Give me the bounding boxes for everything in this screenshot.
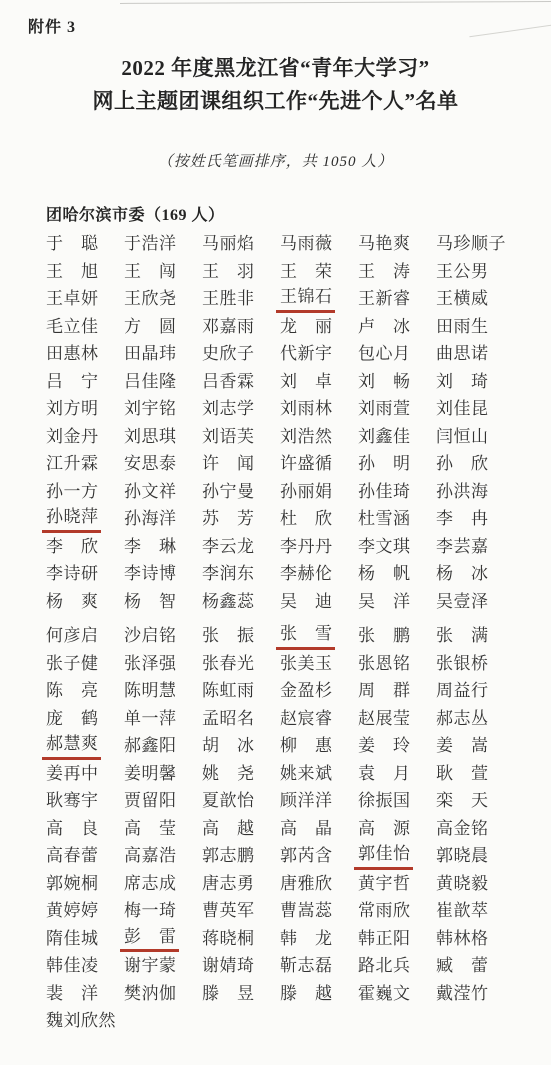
person-name: 王 羽 [202, 258, 253, 286]
person-name: 路北兵 [358, 952, 409, 980]
person-name: 张 振 [202, 622, 253, 650]
person-name: 刘思琪 [124, 423, 175, 451]
scan-artifact-line [120, 1, 551, 4]
person-name: 高嘉浩 [124, 842, 175, 870]
person-name: 臧 蕾 [436, 952, 487, 980]
person-name: 徐振国 [358, 787, 409, 815]
person-name: 史欣子 [202, 340, 253, 368]
person-name: 滕 昱 [202, 980, 253, 1008]
person-name: 王 闯 [124, 258, 175, 286]
roster-row: 于 聪于浩洋马丽焰马雨薇马艳爽马珍顺子 [46, 230, 514, 258]
person-name: 戴滢竹 [436, 980, 487, 1008]
person-name: 杨 冰 [436, 560, 487, 588]
person-name: 夏歆怡 [202, 787, 253, 815]
person-name: 刘雨萱 [358, 395, 409, 423]
person-name: 陈明慧 [124, 677, 175, 705]
person-name: 李丹丹 [280, 533, 331, 561]
person-name: 杨 智 [124, 588, 175, 616]
person-name: 马艳爽 [358, 230, 409, 258]
person-name: 于 聪 [46, 230, 97, 258]
roster-row: 毛立佳方 圆邓嘉雨龙 丽卢 冰田雨生 [46, 313, 514, 341]
person-name: 常雨欣 [358, 897, 409, 925]
person-name: 张 满 [436, 622, 487, 650]
person-name: 李 欣 [46, 533, 97, 561]
roster-row: 田惠林田晶玮史欣子代新宇包心月曲思诺 [46, 340, 514, 368]
person-name: 张恩铭 [358, 650, 409, 678]
person-name: 李云龙 [202, 533, 253, 561]
person-name: 马珍顺子 [436, 230, 514, 258]
roster-row: 吕 宁吕佳隆吕香霖刘 卓刘 畅刘 琦 [46, 368, 514, 396]
person-name: 金盈杉 [280, 677, 331, 705]
person-name: 高 源 [358, 815, 409, 843]
person-name: 郭佳怡 [354, 842, 413, 870]
person-name: 王卓妍 [46, 285, 97, 313]
person-name: 包心月 [358, 340, 409, 368]
scan-artifact-diagonal [469, 24, 551, 38]
person-name: 高春蕾 [46, 842, 97, 870]
person-name: 黄宇哲 [358, 870, 409, 898]
person-name: 庞 鹤 [46, 705, 97, 733]
person-name: 孙一方 [46, 478, 97, 506]
person-name: 张 雪 [276, 622, 335, 650]
person-name: 李诗博 [124, 560, 175, 588]
person-name: 陈 亮 [46, 677, 97, 705]
person-name: 耿骞宇 [46, 787, 97, 815]
person-name: 姜 玲 [358, 732, 409, 760]
person-name: 方 圆 [124, 313, 175, 341]
roster-row: 郭婉桐席志成唐志勇唐雅欣黄宇哲黄晓毅 [46, 870, 514, 898]
person-name: 杨鑫蕊 [202, 588, 253, 616]
person-name: 刘 琦 [436, 368, 487, 396]
person-name: 王胜非 [202, 285, 253, 313]
document-title: 2022 年度黑龙江省“青年大学习” 网上主题团课组织工作“先进个人”名单 [0, 52, 551, 118]
person-name: 郭志鹏 [202, 842, 253, 870]
person-name: 江升霖 [46, 450, 97, 478]
person-name: 高 良 [46, 815, 97, 843]
person-name: 代新宇 [280, 340, 331, 368]
person-name: 陈虹雨 [202, 677, 253, 705]
person-name: 唐志勇 [202, 870, 253, 898]
person-name: 吕佳隆 [124, 368, 175, 396]
roster-row: 裴 洋樊汭伽滕 昱滕 越霍巍文戴滢竹 [46, 980, 514, 1008]
roster-row: 黄婷婷梅一琦曹英军曹嵩蕊常雨欣崔歆萃 [46, 897, 514, 925]
person-name: 梅一琦 [124, 897, 175, 925]
person-name: 刘鑫佳 [358, 423, 409, 451]
person-name: 姜 嵩 [436, 732, 487, 760]
person-name: 邓嘉雨 [202, 313, 253, 341]
person-name: 刘金丹 [46, 423, 97, 451]
person-name: 刘佳昆 [436, 395, 487, 423]
person-name: 贾留阳 [124, 787, 175, 815]
person-name: 何彦启 [46, 622, 97, 650]
person-name: 胡 冰 [202, 732, 253, 760]
person-name: 杜雪涵 [358, 505, 409, 533]
person-name: 高金铭 [436, 815, 487, 843]
roster-row: 王 旭王 闯王 羽王 荣王 涛王公男 [46, 258, 514, 286]
person-name: 滕 越 [280, 980, 331, 1008]
document-page: 附件 3 2022 年度黑龙江省“青年大学习” 网上主题团课组织工作“先进个人”… [0, 0, 551, 1065]
person-name: 高 晶 [280, 815, 331, 843]
person-name: 赵宸睿 [280, 705, 331, 733]
name-roster: 于 聪于浩洋马丽焰马雨薇马艳爽马珍顺子王 旭王 闯王 羽王 荣王 涛王公男王卓妍… [46, 230, 514, 1035]
person-name: 李诗研 [46, 560, 97, 588]
person-name: 闫恒山 [436, 423, 487, 451]
person-name: 李 冉 [436, 505, 487, 533]
person-name: 王 涛 [358, 258, 409, 286]
person-name: 彭 雷 [120, 925, 179, 953]
person-name: 姜明馨 [124, 760, 175, 788]
roster-row: 张子健张泽强张春光张美玉张恩铭张银桥 [46, 650, 514, 678]
person-name: 龙 丽 [280, 313, 331, 341]
person-name: 谢宇蒙 [124, 952, 175, 980]
person-name: 李润东 [202, 560, 253, 588]
roster-row: 庞 鹤单一萍孟昭名赵宸睿赵展莹郝志丛 [46, 705, 514, 733]
person-name: 张春光 [202, 650, 253, 678]
person-name: 曹英军 [202, 897, 253, 925]
person-name: 吕香霖 [202, 368, 253, 396]
person-name: 王新睿 [358, 285, 409, 313]
person-name: 崔歆萃 [436, 897, 487, 925]
roster-row: 刘金丹刘思琪刘语芙刘浩然刘鑫佳闫恒山 [46, 423, 514, 451]
document-title-line2: 网上主题团课组织工作“先进个人”名单 [93, 89, 459, 113]
attachment-label: 附件 3 [28, 14, 76, 37]
person-name: 王锦石 [276, 285, 335, 313]
person-name: 谢婧琦 [202, 952, 253, 980]
person-name: 田惠林 [46, 340, 97, 368]
person-name: 姚来斌 [280, 760, 331, 788]
person-name: 隋佳城 [46, 925, 97, 953]
person-name: 孙 明 [358, 450, 409, 478]
person-name: 刘浩然 [280, 423, 331, 451]
person-name: 许盛循 [280, 450, 331, 478]
person-name: 李 琳 [124, 533, 175, 561]
person-name: 张 鹏 [358, 622, 409, 650]
person-name: 单一萍 [124, 705, 175, 733]
person-name: 孙文祥 [124, 478, 175, 506]
person-name: 李赫伦 [280, 560, 331, 588]
person-name: 黄婷婷 [46, 897, 97, 925]
roster-row: 陈 亮陈明慧陈虹雨金盈杉周 群周益行 [46, 677, 514, 705]
person-name: 王横威 [436, 285, 487, 313]
document-title-line1: 2022 年度黑龙江省“青年大学习” [121, 56, 429, 80]
section-heading-harbin-committee: 团哈尔滨市委（169 人） [46, 202, 225, 225]
person-name: 郝鑫阳 [124, 732, 175, 760]
person-name: 刘志学 [202, 395, 253, 423]
roster-row: 孙晓萍孙海洋苏 芳杜 欣杜雪涵李 冉 [46, 505, 514, 533]
person-name: 孙洪海 [436, 478, 487, 506]
person-name: 卢 冰 [358, 313, 409, 341]
person-name: 田雨生 [436, 313, 487, 341]
person-name: 裴 洋 [46, 980, 97, 1008]
roster-row: 杨 爽杨 智杨鑫蕊吴 迪吴 洋吴壹泽 [46, 588, 514, 616]
person-name: 靳志磊 [280, 952, 331, 980]
person-name: 韩 龙 [280, 925, 331, 953]
roster-row: 隋佳城彭 雷蒋晓桐韩 龙韩正阳韩林格 [46, 925, 514, 953]
person-name: 孙佳琦 [358, 478, 409, 506]
person-name: 刘 卓 [280, 368, 331, 396]
person-name: 栾 天 [436, 787, 487, 815]
person-name: 周益行 [436, 677, 487, 705]
roster-row: 李 欣李 琳李云龙李丹丹李文琪李芸嘉 [46, 533, 514, 561]
person-name: 李芸嘉 [436, 533, 487, 561]
person-name: 吴 洋 [358, 588, 409, 616]
person-name: 刘雨林 [280, 395, 331, 423]
person-name: 赵展莹 [358, 705, 409, 733]
person-name: 刘方明 [46, 395, 97, 423]
person-name: 孙海洋 [124, 505, 175, 533]
person-name: 樊汭伽 [124, 980, 175, 1008]
person-name: 吴 迪 [280, 588, 331, 616]
person-name: 杨 爽 [46, 588, 97, 616]
person-name: 吴壹泽 [436, 588, 487, 616]
roster-row: 何彦启沙启铭张 振张 雪张 鹏张 满 [46, 622, 514, 650]
person-name: 刘语芙 [202, 423, 253, 451]
person-name: 苏 芳 [202, 505, 253, 533]
roster-row: 王卓妍王欣尧王胜非王锦石王新睿王横威 [46, 285, 514, 313]
person-name: 席志成 [124, 870, 175, 898]
person-name: 周 群 [358, 677, 409, 705]
person-name: 郝志丛 [436, 705, 487, 733]
person-name: 韩正阳 [358, 925, 409, 953]
person-name: 刘宇铭 [124, 395, 175, 423]
person-name: 马丽焰 [202, 230, 253, 258]
person-name: 孙晓萍 [42, 505, 101, 533]
sort-note-subtitle: （按姓氏笔画排序，共 1050 人） [0, 150, 551, 171]
person-name: 韩林格 [436, 925, 487, 953]
person-name: 杜 欣 [280, 505, 331, 533]
person-name: 张泽强 [124, 650, 175, 678]
person-name: 顾洋洋 [280, 787, 331, 815]
person-name: 郭芮含 [280, 842, 331, 870]
person-name: 唐雅欣 [280, 870, 331, 898]
person-name: 耿 萱 [436, 760, 487, 788]
person-name: 李文琪 [358, 533, 409, 561]
person-name: 高 莹 [124, 815, 175, 843]
person-name: 王欣尧 [124, 285, 175, 313]
roster-row: 魏刘欣然 [46, 1007, 514, 1035]
person-name: 刘 畅 [358, 368, 409, 396]
person-name: 王 旭 [46, 258, 97, 286]
person-name: 霍巍文 [358, 980, 409, 1008]
roster-row: 姜再中姜明馨姚 尧姚来斌袁 月耿 萱 [46, 760, 514, 788]
person-name: 蒋晓桐 [202, 925, 253, 953]
person-name: 杨 帆 [358, 560, 409, 588]
roster-row: 耿骞宇贾留阳夏歆怡顾洋洋徐振国栾 天 [46, 787, 514, 815]
person-name: 曹嵩蕊 [280, 897, 331, 925]
person-name: 王公男 [436, 258, 487, 286]
person-name: 郝慧爽 [42, 732, 101, 760]
roster-row: 韩佳凌谢宇蒙谢婧琦靳志磊路北兵臧 蕾 [46, 952, 514, 980]
person-name: 毛立佳 [46, 313, 97, 341]
person-name: 安思泰 [124, 450, 175, 478]
person-name: 吕 宁 [46, 368, 97, 396]
person-name: 张美玉 [280, 650, 331, 678]
person-name: 孟昭名 [202, 705, 253, 733]
person-name: 王 荣 [280, 258, 331, 286]
roster-row: 刘方明刘宇铭刘志学刘雨林刘雨萱刘佳昆 [46, 395, 514, 423]
roster-row: 江升霖安思泰许 闻许盛循孙 明孙 欣 [46, 450, 514, 478]
person-name: 韩佳凌 [46, 952, 97, 980]
person-name: 于浩洋 [124, 230, 175, 258]
person-name: 马雨薇 [280, 230, 331, 258]
person-name: 姜再中 [46, 760, 97, 788]
roster-row: 孙一方孙文祥孙宁曼孙丽娟孙佳琦孙洪海 [46, 478, 514, 506]
person-name: 孙丽娟 [280, 478, 331, 506]
person-name: 黄晓毅 [436, 870, 487, 898]
person-name: 张银桥 [436, 650, 487, 678]
person-name: 孙宁曼 [202, 478, 253, 506]
person-name: 郭婉桐 [46, 870, 97, 898]
person-name: 沙启铭 [124, 622, 175, 650]
person-name: 曲思诺 [436, 340, 487, 368]
roster-row: 李诗研李诗博李润东李赫伦杨 帆杨 冰 [46, 560, 514, 588]
person-name: 田晶玮 [124, 340, 175, 368]
roster-row: 郝慧爽郝鑫阳胡 冰柳 惠姜 玲姜 嵩 [46, 732, 514, 760]
roster-row: 高春蕾高嘉浩郭志鹏郭芮含郭佳怡郭晓晨 [46, 842, 514, 870]
person-name: 柳 惠 [280, 732, 331, 760]
person-name: 姚 尧 [202, 760, 253, 788]
person-name: 郭晓晨 [436, 842, 487, 870]
person-name: 张子健 [46, 650, 97, 678]
person-name: 袁 月 [358, 760, 409, 788]
person-name: 魏刘欣然 [46, 1007, 124, 1035]
person-name: 许 闻 [202, 450, 253, 478]
person-name: 孙 欣 [436, 450, 487, 478]
roster-row: 高 良高 莹高 越高 晶高 源高金铭 [46, 815, 514, 843]
person-name: 高 越 [202, 815, 253, 843]
